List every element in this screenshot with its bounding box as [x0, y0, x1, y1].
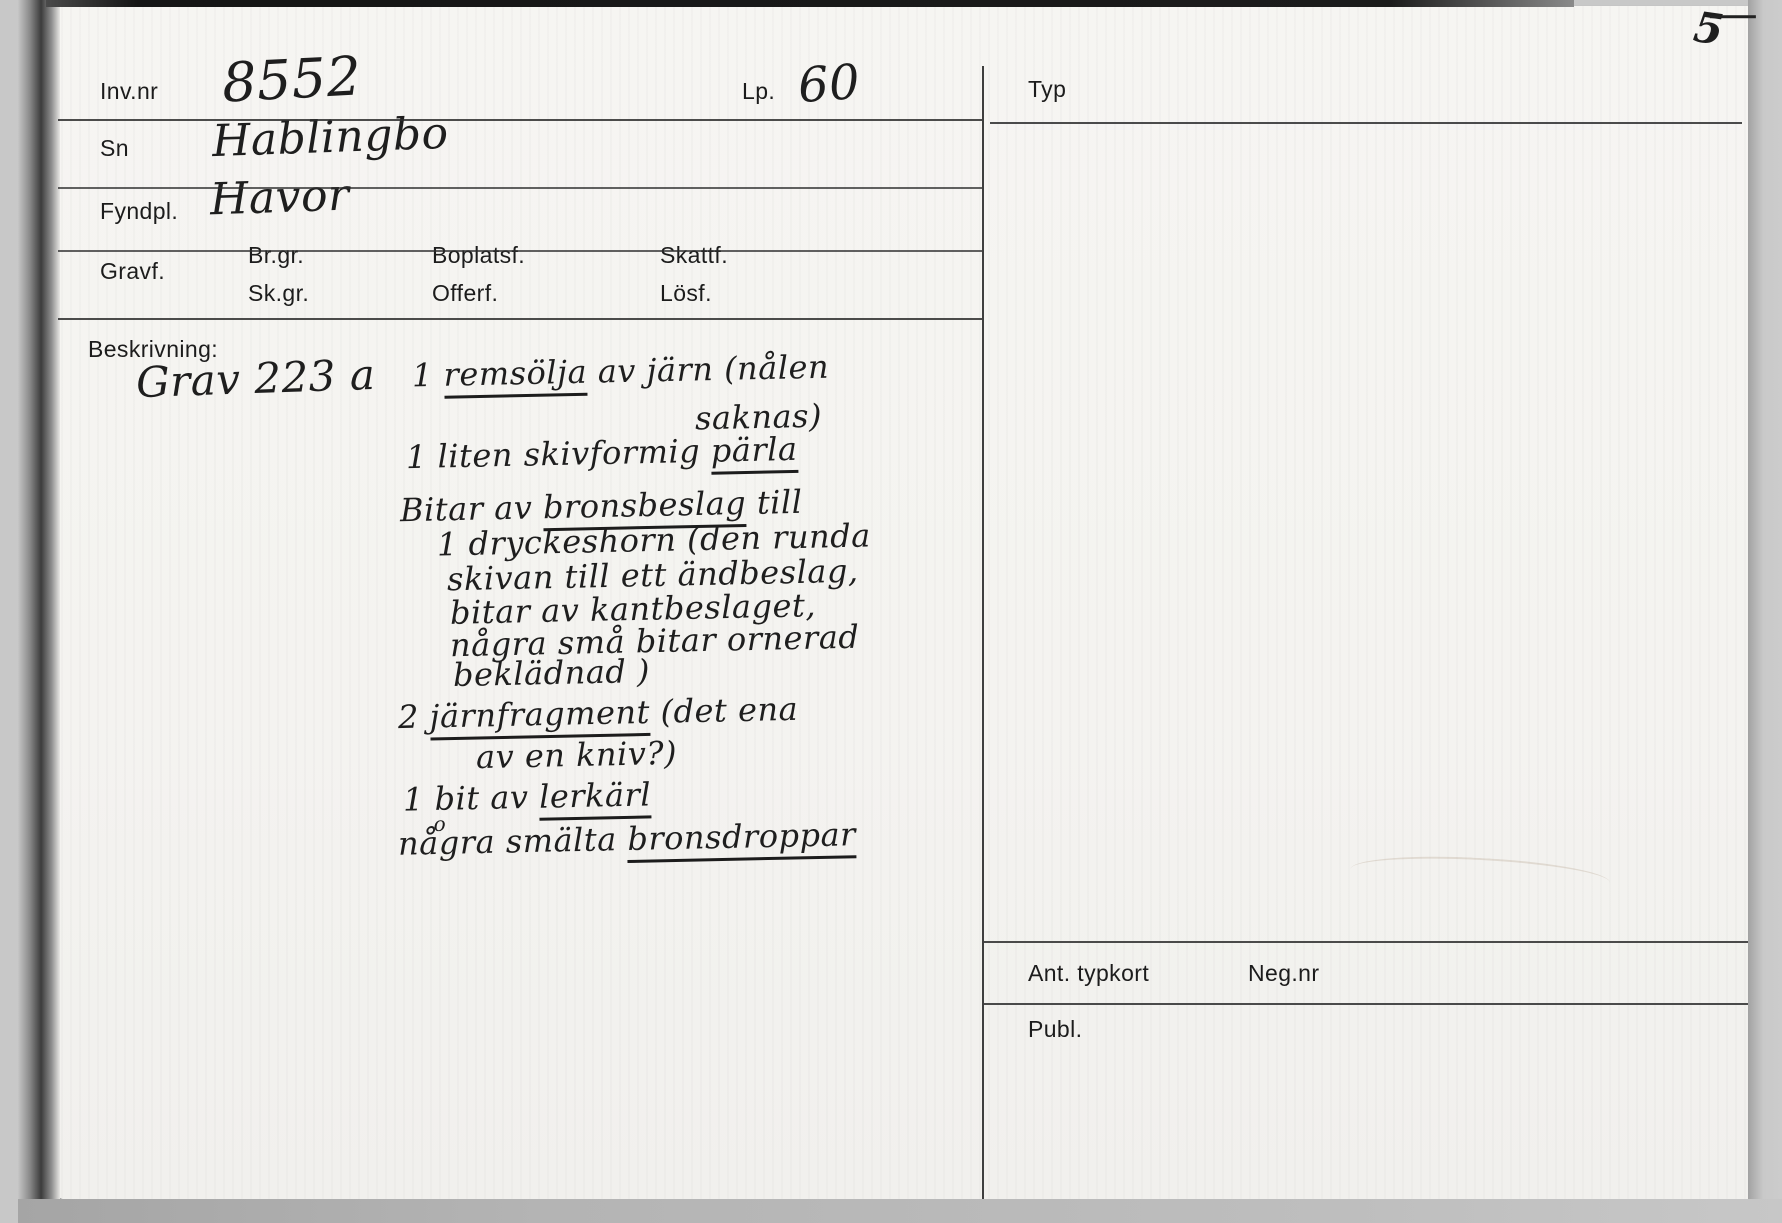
fyndpl-label: Fyndpl.: [100, 198, 178, 225]
neg-nr-label: Neg.nr: [1248, 960, 1319, 987]
description-text: av järn (nålen: [587, 348, 830, 391]
boplatsf-label: Boplatsf.: [432, 242, 525, 269]
publ-label: Publ.: [1028, 1016, 1082, 1043]
inv-nr-label: Inv.nr: [100, 78, 158, 105]
lp-label: Lp.: [742, 78, 775, 105]
description-text-underlined: lerkärl: [539, 775, 652, 820]
fyndpl-value-handwritten: Havor: [209, 170, 350, 226]
rule-above-ant-typkort: [984, 941, 1748, 943]
typ-label: Typ: [1028, 76, 1066, 103]
rule-under-invnr-row: [58, 119, 982, 121]
sk-gr-label: Sk.gr.: [248, 280, 309, 307]
offerf-label: Offerf.: [432, 280, 498, 307]
description-line: av en kniv?): [476, 734, 678, 776]
gravf-label: Gravf.: [100, 258, 165, 285]
description-text: till: [746, 483, 803, 522]
rule-under-sn-row: [58, 187, 982, 189]
skattf-label: Skattf.: [660, 242, 728, 269]
description-text: 1 bit av: [403, 778, 540, 819]
description-text: 1 liten skivformig: [406, 432, 712, 476]
inv-nr-value-handwritten: 8552: [220, 44, 363, 114]
description-text-underlined: pärla: [710, 430, 798, 475]
description-text: några smälta: [398, 820, 628, 863]
description-text-underlined: bronsdroppar: [627, 815, 856, 863]
description-line: beklädnad ): [453, 652, 651, 694]
scan-background-right: [1748, 0, 1782, 1223]
ant-typkort-label: Ant. typkort: [1028, 960, 1149, 987]
description-line: 1 liten skivformig pärla: [406, 430, 798, 476]
losf-label: Lösf.: [660, 280, 712, 307]
description-text: beklädnad ): [453, 652, 651, 694]
sn-value-handwritten: Hablingbo: [211, 108, 449, 167]
column-divider: [982, 66, 984, 1199]
br-gr-label: Br.gr.: [248, 242, 304, 269]
description-text: 2: [398, 698, 430, 737]
scanned-archive-card-page: { "corner_mark": "5", "left": { "inv_lab…: [0, 0, 1782, 1223]
sn-label: Sn: [100, 135, 129, 162]
description-text: av en kniv?): [476, 734, 678, 776]
description-text: (det ena: [649, 690, 798, 731]
grave-reference-handwritten: Grav 223 a: [135, 350, 376, 407]
rule-under-typ: [990, 122, 1742, 124]
description-line: 1 bit av lerkärl o: [403, 775, 652, 818]
description-line: några smälta bronsdroppar: [398, 815, 857, 863]
description-text: 1: [412, 356, 444, 395]
lp-value-handwritten: 60: [796, 54, 862, 114]
rule-under-ant-typkort: [984, 1003, 1748, 1005]
scan-edge-shadow-top: [46, 0, 1574, 7]
scan-edge-shadow-left: [18, 0, 60, 1223]
rule-under-fyndpl-row: [58, 250, 982, 252]
scan-background-bottom: [18, 1199, 1782, 1223]
description-text-underlined: järnfragment: [429, 693, 650, 741]
description-text-underlined: remsölja: [443, 353, 587, 399]
rule-under-gravf-row: [58, 318, 982, 320]
